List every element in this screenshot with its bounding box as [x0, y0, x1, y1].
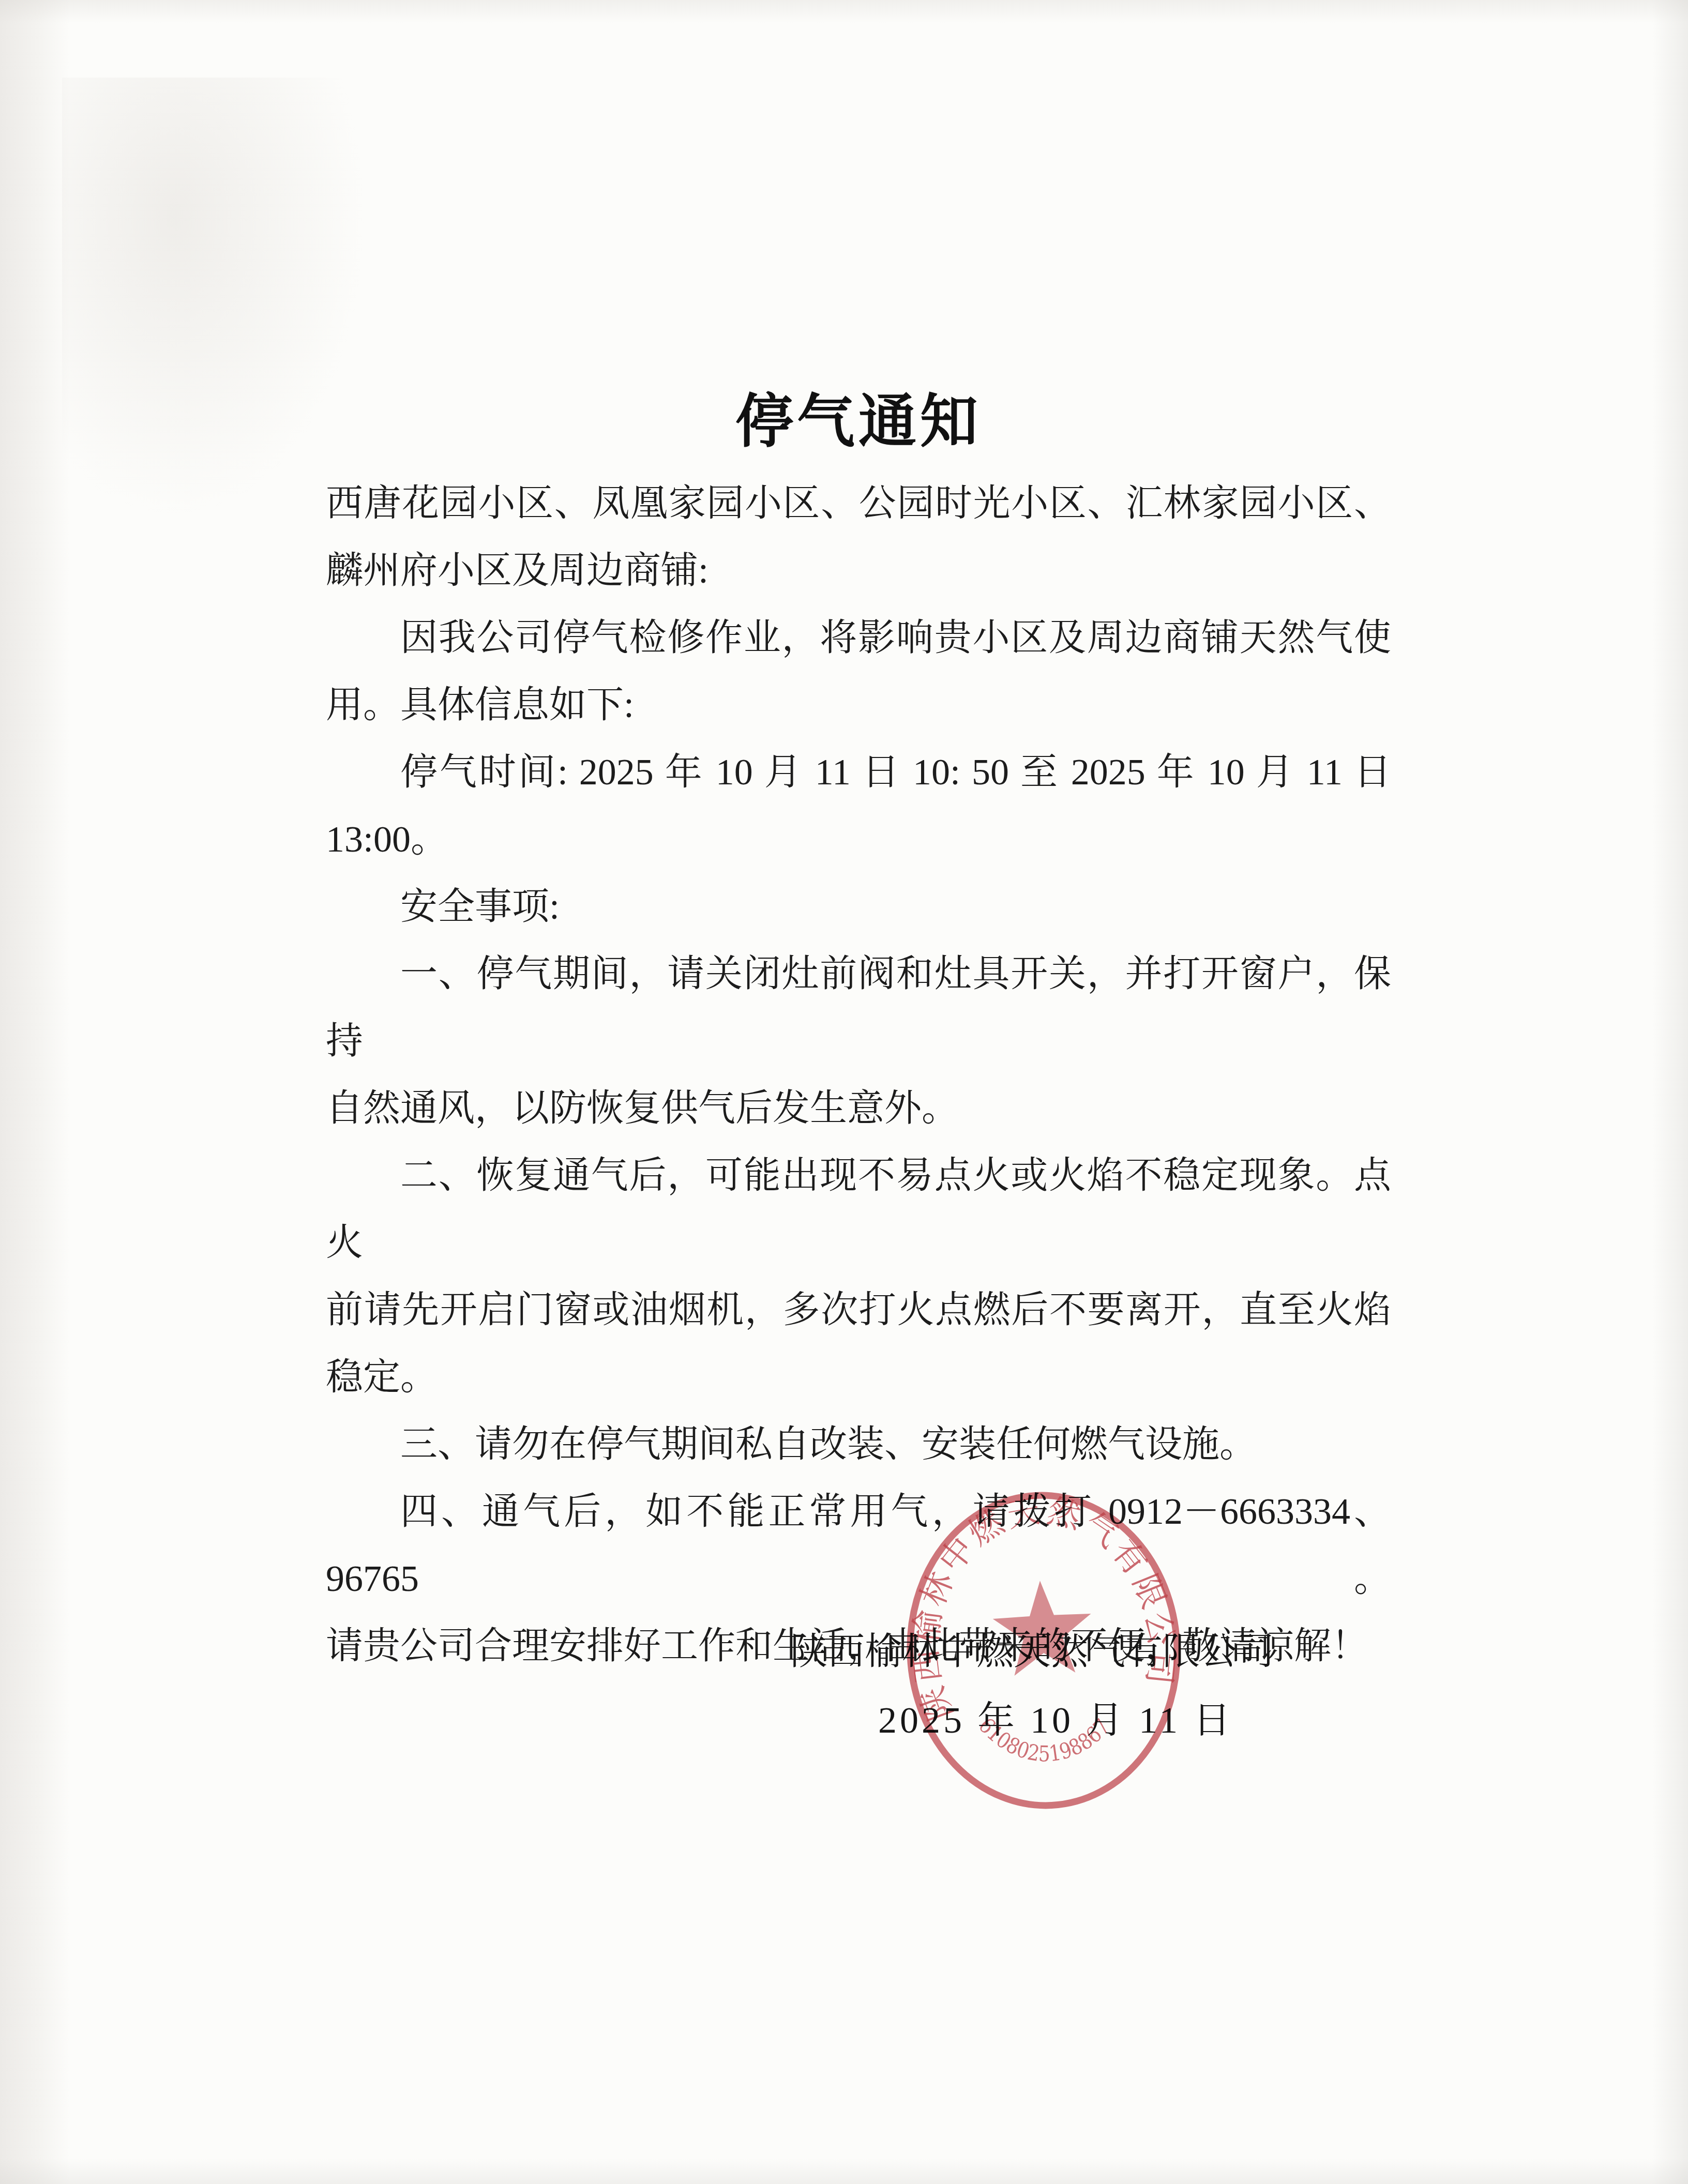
- notice-line: 用。具体信息如下:: [326, 671, 1391, 738]
- notice-line: 麟州府小区及周边商铺:: [326, 537, 1391, 604]
- notice-line: 安全事项:: [326, 873, 1391, 940]
- company-seal: 陕西榆林中燃天然气有限公司 6108025198867: [853, 1445, 1235, 1856]
- scanned-notice-page: 停气通知 西唐花园小区、凤凰家园小区、公园时光小区、汇林家园小区、 麟州府小区及…: [0, 0, 1688, 2184]
- notice-line: 西唐花园小区、凤凰家园小区、公园时光小区、汇林家园小区、: [326, 469, 1391, 537]
- notice-title: 停气通知: [326, 375, 1391, 459]
- notice-line: 自然通风，以防恢复供气后发生意外。: [326, 1074, 1391, 1142]
- notice-line: 一、停气期间，请关闭灶前阀和灶具开关，并打开窗户，保持: [326, 940, 1391, 1074]
- notice-line: 二、恢复通气后，可能出现不易点火或火焰不稳定现象。点火: [326, 1142, 1391, 1276]
- notice-line: 停气时间: 2025 年 10 月 11 日 10: 50 至 2025 年 1…: [326, 738, 1391, 806]
- seal-number: 6108025198867: [973, 1707, 1117, 1770]
- scan-edge-top: [0, 0, 1688, 23]
- notice-line: 前请先开启门窗或油烟机，多次打火点燃后不要离开，直至火焰: [326, 1276, 1391, 1343]
- notice-line: 稳定。: [326, 1343, 1391, 1410]
- notice-line: 因我公司停气检修作业，将影响贵小区及周边商铺天然气使: [326, 604, 1391, 671]
- star-icon: [991, 1578, 1094, 1677]
- scan-edge-left: [0, 0, 70, 2184]
- scan-edge-right: [1652, 0, 1688, 2184]
- notice-line: 13:00。: [326, 806, 1391, 873]
- scan-edge-bottom: [0, 2158, 1688, 2184]
